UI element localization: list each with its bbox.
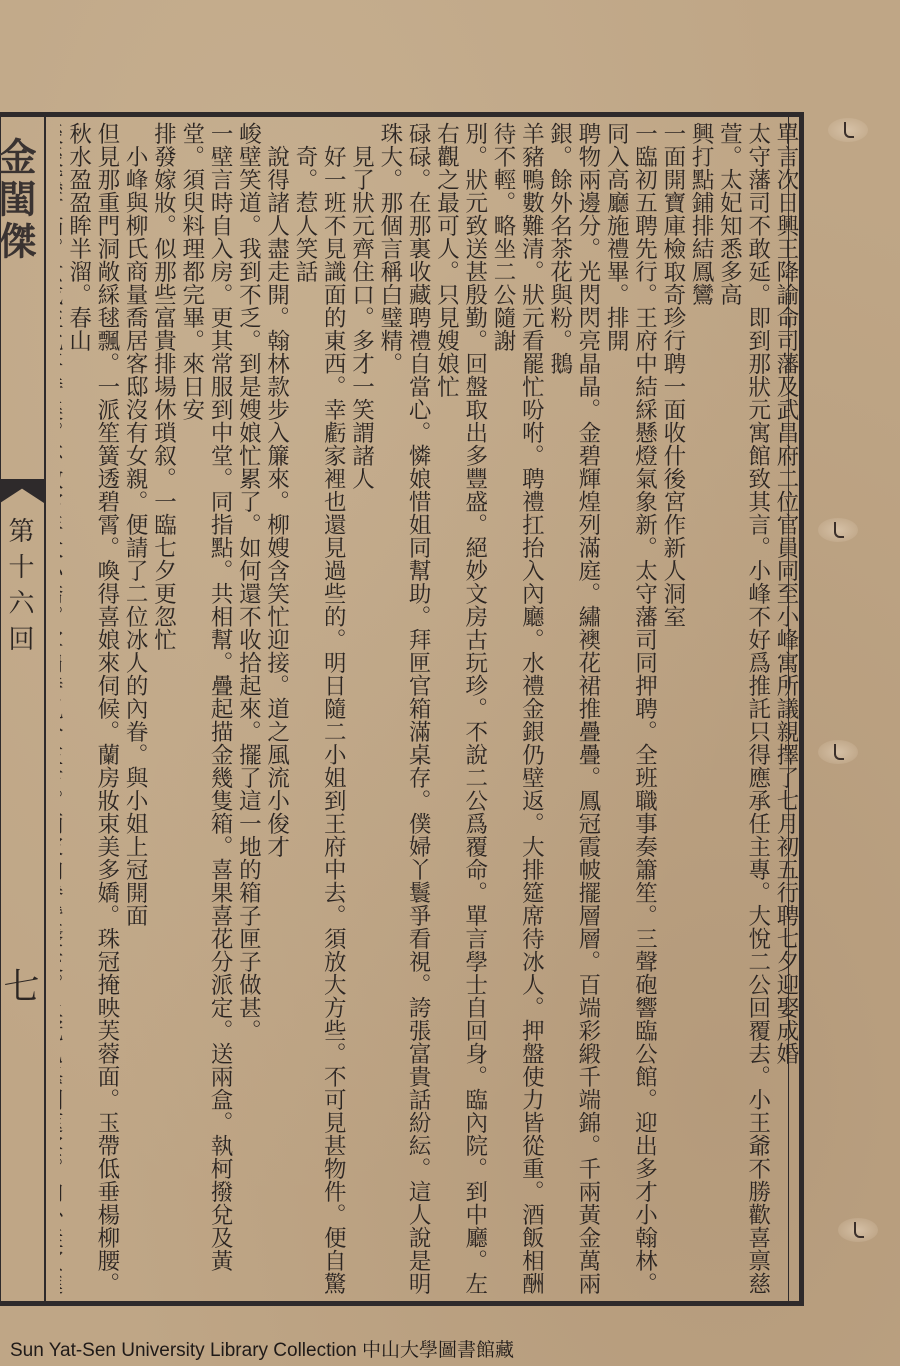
binding-hole-lower-mid [818,740,858,764]
text-column: 排發嫁妝。似那些富貴排場休瑣叙。一臨七夕更忽忙 [149,122,177,1302]
text-column: 峻壁笑道。我到不乏。到是嫂娘忙累了。如何還不收拾起來。擺了這一地的箱子匣子做甚。 [234,122,262,1302]
text-column: 羊豬鴨數難清。狀元看罷忙吩咐。聘禮扛抬入內廳。水禮金銀仍壁返。大排筵席待冰人。押… [489,122,546,1302]
folio-number: 七 [0,967,44,1003]
text-column: 別。狀元致送甚殷勤。回盤取出多豐盛。絕妙文房古玩珍。不說二公爲覆命。單言學士自回… [432,122,489,1302]
text-column: 一面開寶庫檢取奇珍行聘一面收什後宮作新人洞室 [659,122,687,1302]
main-text-block: 單言次日興王降諭命司藩及武昌府二位官員同至小峰寓所議親擇了七月初五行聘七夕迎娶成… [60,122,800,1302]
book-title: 金閨傑 [2,137,42,263]
text-column: 但見那重門洞敞綵毬飄。一派笙簧透碧霄。喚得喜娘來伺候。蘭房妝束美多嬌。珠冠掩映芙… [64,122,121,1302]
text-column: 說得諸人盡走開。翰林款步入簾來。柳嫂含笑忙迎接。道之風流小俊才 [262,122,290,1302]
fish-tail-mark [0,479,44,503]
text-column: 一壁言時自入房。更其常服到中堂。同指點。共相幫。疊起描金幾隻箱。喜果喜花分派定。… [177,122,234,1302]
text-column: 太守藩司不敢延。即到那狀元寓館致其言。小峰不好爲推託只得應承任主專。大悅二公回覆… [715,122,772,1302]
text-column: 好一班不見識面的東西。幸虧家裡也還見過些的。明日隨二小姐到王府中去。須放大方些。… [291,122,348,1302]
text-column: 見了狀元齊住口。多才一笑謂諸人 [347,122,375,1302]
binding-hole-bottom [838,1218,878,1242]
text-column: 單言次日興王降諭命司藩及武昌府二位官員同至小峰寓所議親擇了七月初五行聘七夕迎娶成… [772,122,800,1302]
collection-footer: Sun Yat-Sen University Library Collectio… [10,1335,514,1362]
binding-hole-upper-mid [818,518,858,542]
chapter-label: 第十六回 [6,517,38,661]
block-center-margin: 金閨傑 第十六回 七 [0,117,46,1301]
text-column: 淡淡黛新描。妝成益比平時美。不數當年大小喬。掌扇侍兒分左右。兩家內眷贊聲交。上冠… [60,122,64,1302]
text-column: 小峰與柳氏商量喬居客邸沒有女親。便請了二位冰人的內眷。與小姐上冠開面 [121,122,149,1302]
text-column: 聘物兩邊分。光閃閃亮晶晶。金碧輝煌列滿庭。繡襖花裙推疊疊。鳳冠霞帔擺層層。百端彩… [545,122,602,1302]
text-column: 碌碌。在那裏收藏聘禮自當心。憐娘惜姐同幫助。拜匣官箱滿桌存。僕婦丫鬟爭看視。誇張… [376,122,433,1302]
text-column: 一臨初五聘先行。王府中結綵懸燈氣象新。太守藩司同押聘。全班職事奏簫笙。三聲砲響臨… [602,122,659,1302]
binding-hole-top [828,118,868,142]
text-column: 興打點鋪排結鳳鸞 [687,122,715,1302]
